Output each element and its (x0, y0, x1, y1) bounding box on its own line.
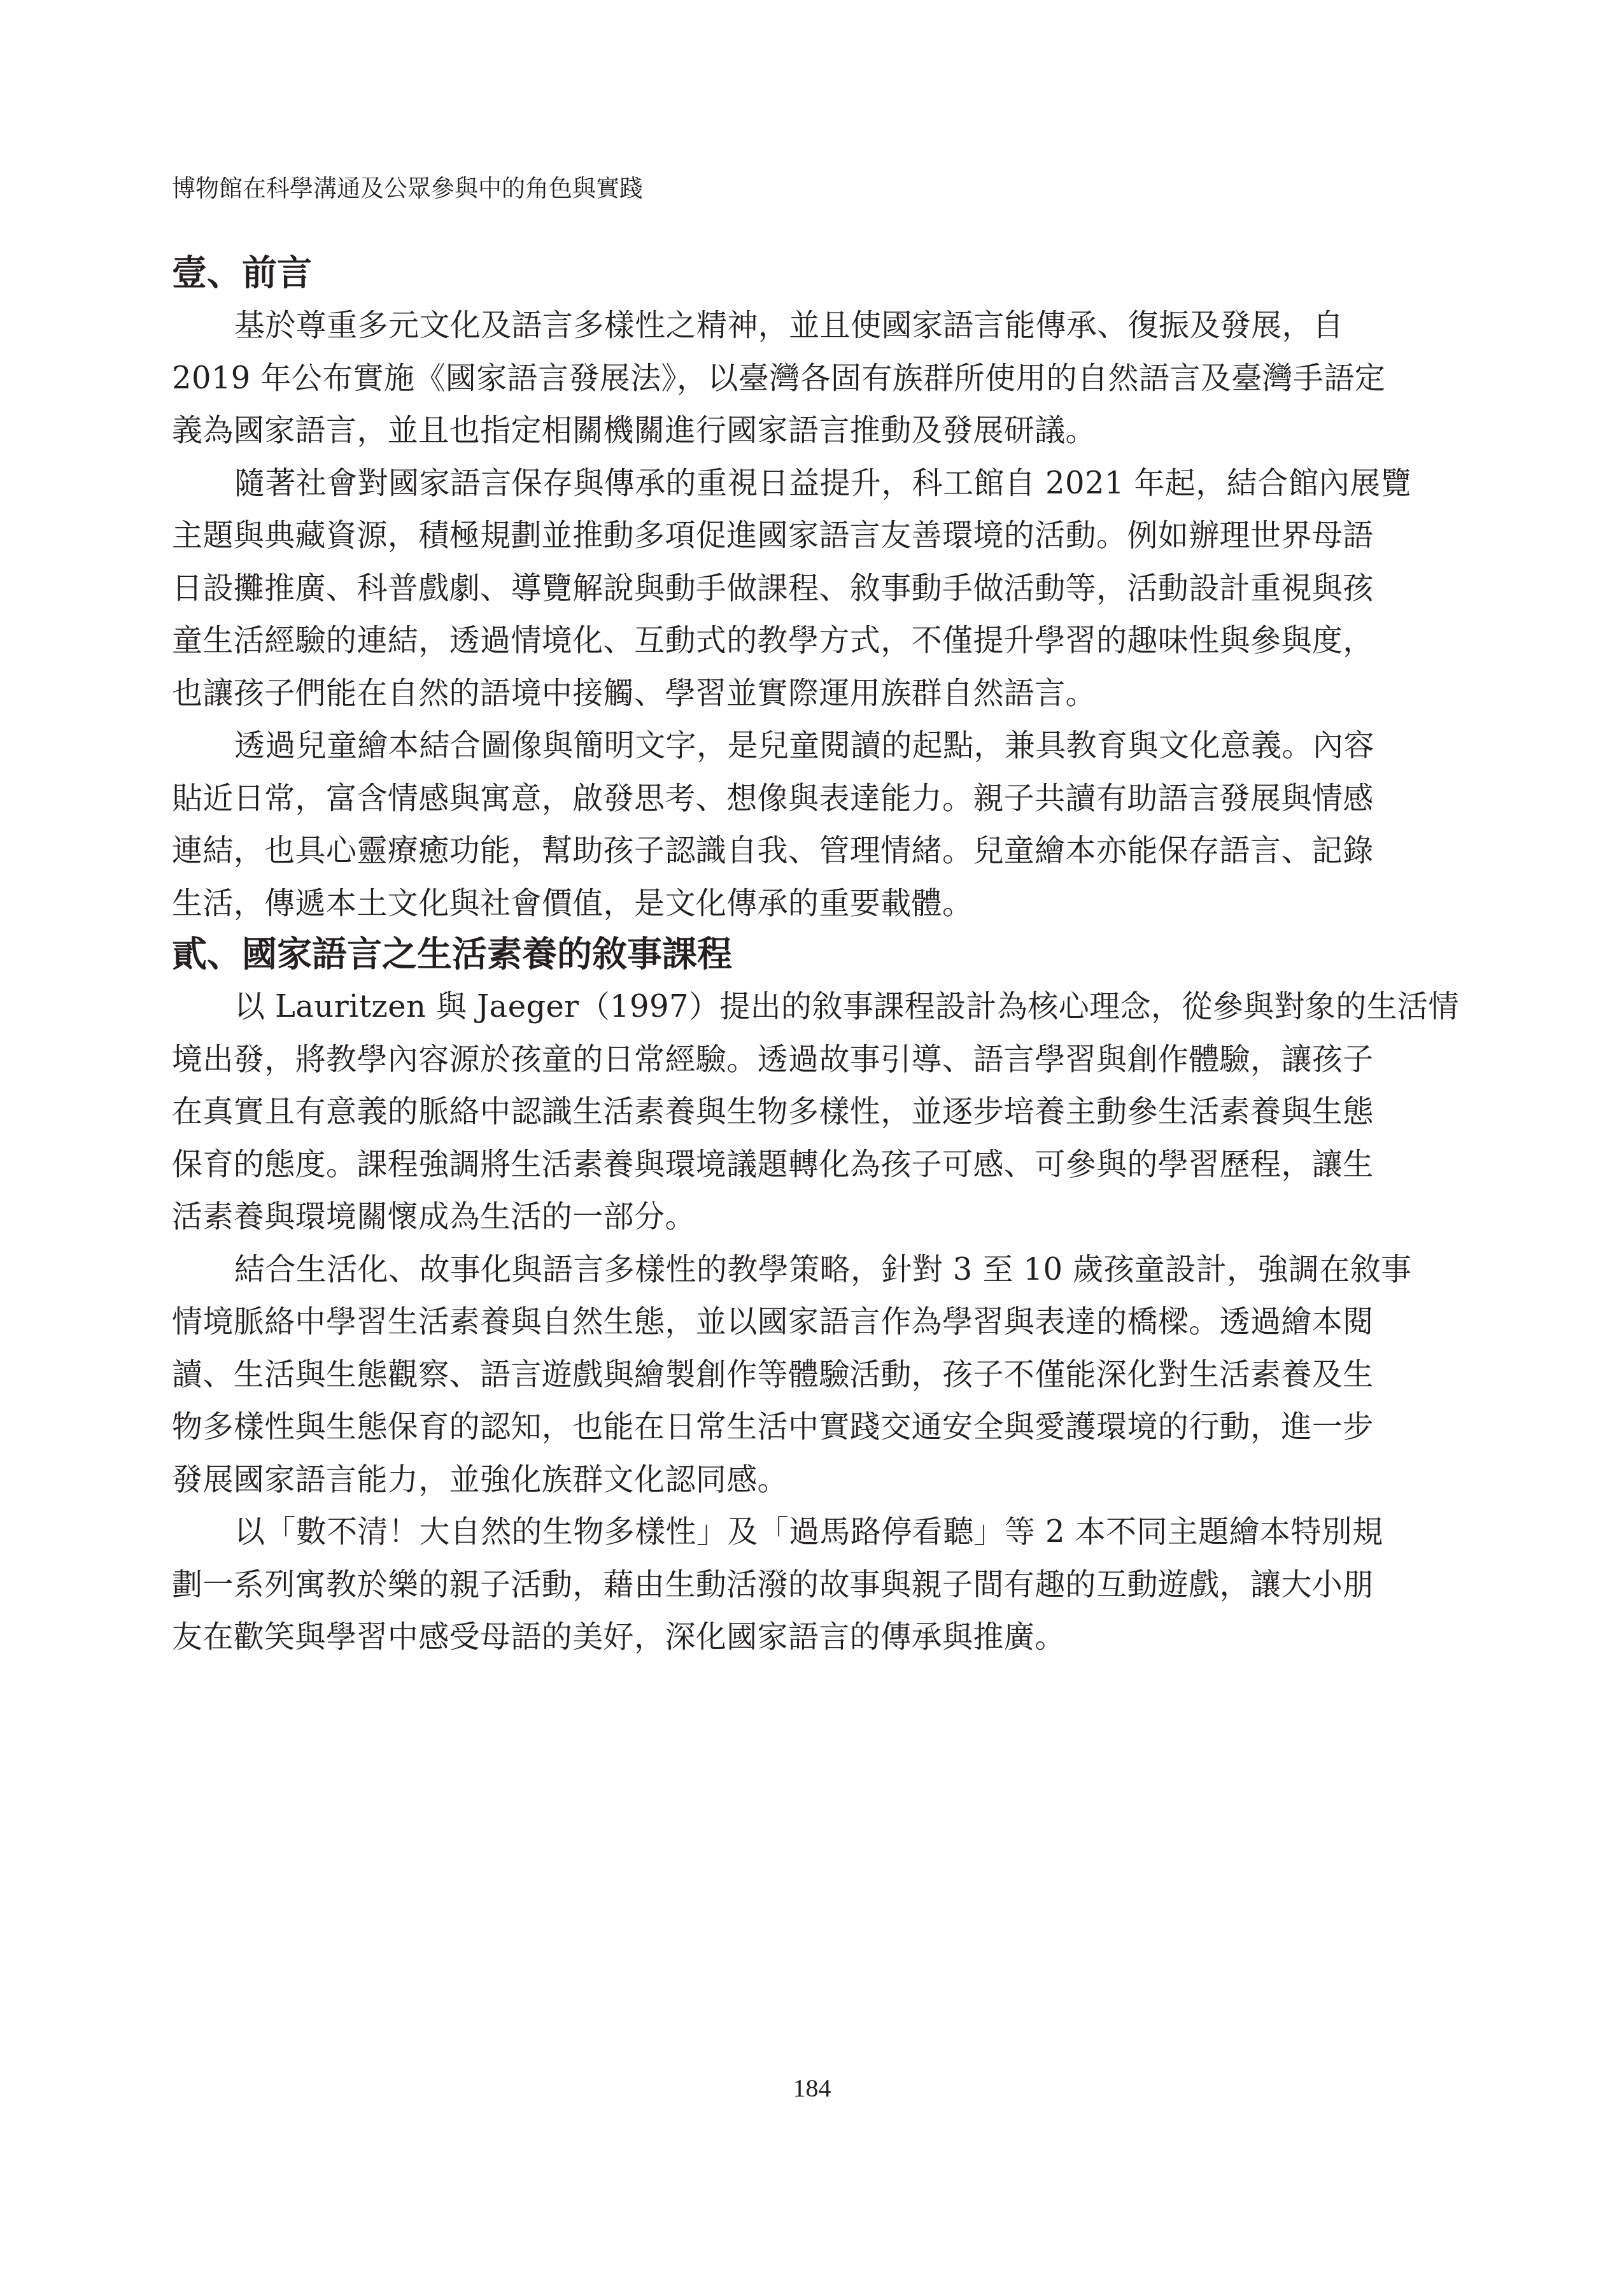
section-introduction: 壹、前言 基於尊重多元文化及語言多樣性之精神，並且使國家語言能傳承、復振及發展，… (172, 247, 1458, 930)
text-line: 情境脈絡中學習生活素養與自然生態，並以國家語言作為學習與表達的橋樑。透過繪本閱 (172, 1296, 1458, 1348)
text-line: 讀、生活與生態觀察、語言遊戲與繪製創作等體驗活動，孩子不僅能深化對生活素養及生 (172, 1348, 1458, 1401)
text-line: 隨著社會對國家語言保存與傳承的重視日益提升，科工館自 2021 年起，結合館內展… (172, 457, 1458, 510)
running-header: 博物館在科學溝通及公眾參與中的角色與實踐 (172, 173, 643, 205)
paragraph: 透過兒童繪本結合圖像與簡明文字，是兒童閱讀的起點，兼具教育與文化意義。內容 貼近… (172, 719, 1458, 930)
section-narrative-curriculum: 貳、國家語言之生活素養的敘事課程 以 Lauritzen 與 Jaeger（19… (172, 928, 1458, 1664)
section-heading: 貳、國家語言之生活素養的敘事課程 (172, 928, 1458, 980)
text-line: 主題與典藏資源，積極規劃並推動多項促進國家語言友善環境的活動。例如辦理世界母語 (172, 509, 1458, 562)
text-line: 在真實且有意義的脈絡中認識生活素養與生物多樣性，並逐步培養主動參生活素養與生態 (172, 1086, 1458, 1138)
text-line: 基於尊重多元文化及語言多樣性之精神，並且使國家語言能傳承、復振及發展，自 (172, 299, 1458, 352)
text-line: 保育的態度。課程強調將生活素養與環境議題轉化為孩子可感、可參與的學習歷程，讓生 (172, 1138, 1458, 1191)
text-line: 劃一系列寓教於樂的親子活動，藉由生動活潑的故事與親子間有趣的互動遊戲，讓大小朋 (172, 1559, 1458, 1611)
text-line: 童生活經驗的連結，透過情境化、互動式的教學方式，不僅提升學習的趣味性與參與度， (172, 614, 1458, 667)
paragraph: 以 Lauritzen 與 Jaeger（1997）提出的敘事課程設計為核心理念… (172, 980, 1458, 1243)
paragraph: 隨著社會對國家語言保存與傳承的重視日益提升，科工館自 2021 年起，結合館內展… (172, 457, 1458, 720)
text-line: 發展國家語言能力，並強化族群文化認同感。 (172, 1454, 1458, 1506)
text-line: 友在歡笑與學習中感受母語的美好，深化國家語言的傳承與推廣。 (172, 1611, 1458, 1664)
text-line: 連結，也具心靈療癒功能，幫助孩子認識自我、管理情緒。兒童繪本亦能保存語言、記錄 (172, 824, 1458, 877)
text-line: 2019 年公布實施《國家語言發展法》，以臺灣各固有族群所使用的自然語言及臺灣手… (172, 352, 1458, 405)
text-line: 透過兒童繪本結合圖像與簡明文字，是兒童閱讀的起點，兼具教育與文化意義。內容 (172, 719, 1458, 772)
text-line: 以「數不清！大自然的生物多樣性」及「過馬路停看聽」等 2 本不同主題繪本特別規 (172, 1506, 1458, 1559)
text-line: 日設攤推廣、科普戲劇、導覽解說與動手做課程、敘事動手做活動等，活動設計重視與孩 (172, 562, 1458, 615)
text-line: 境出發，將教學內容源於孩童的日常經驗。透過故事引導、語言學習與創作體驗，讓孩子 (172, 1033, 1458, 1086)
paragraph: 結合生活化、故事化與語言多樣性的教學策略，針對 3 至 10 歲孩童設計，強調在… (172, 1243, 1458, 1506)
text-line: 貼近日常，富含情感與寓意，啟發思考、想像與表達能力。親子共讀有助語言發展與情感 (172, 772, 1458, 825)
text-line: 也讓孩子們能在自然的語境中接觸、學習並實際運用族群自然語言。 (172, 667, 1458, 720)
paragraph: 基於尊重多元文化及語言多樣性之精神，並且使國家語言能傳承、復振及發展，自 201… (172, 299, 1458, 457)
text-line: 義為國家語言，並且也指定相關機關進行國家語言推動及發展研議。 (172, 404, 1458, 457)
section-heading: 壹、前言 (172, 247, 1458, 299)
text-line: 活素養與環境關懷成為生活的一部分。 (172, 1191, 1458, 1243)
text-line: 以 Lauritzen 與 Jaeger（1997）提出的敘事課程設計為核心理念… (172, 980, 1458, 1033)
page-number: 184 (0, 2072, 1624, 2104)
text-line: 生活，傳遞本土文化與社會價值，是文化傳承的重要載體。 (172, 877, 1458, 930)
text-line: 物多樣性與生態保育的認知，也能在日常生活中實踐交通安全與愛護環境的行動，進一步 (172, 1401, 1458, 1454)
text-line: 結合生活化、故事化與語言多樣性的教學策略，針對 3 至 10 歲孩童設計，強調在… (172, 1243, 1458, 1296)
paragraph: 以「數不清！大自然的生物多樣性」及「過馬路停看聽」等 2 本不同主題繪本特別規 … (172, 1506, 1458, 1664)
